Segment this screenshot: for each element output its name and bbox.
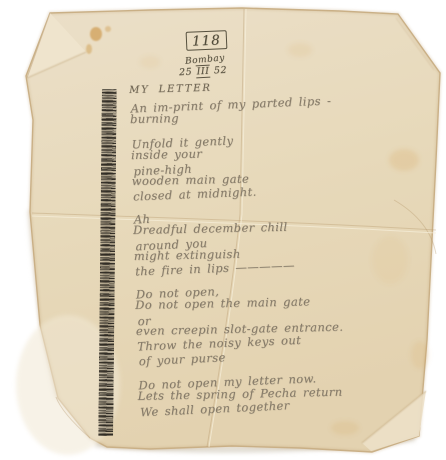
photo-stage: 118 Bombay 25 III 52 MY LETTER An im-pri… xyxy=(0,0,446,460)
stanza-5: Do not open my letter now. Lets the spri… xyxy=(137,370,398,417)
poem: MY LETTER An im-print of my parted lips … xyxy=(129,77,398,418)
stanza-4: Do not open, Do not open the main gate o… xyxy=(135,279,397,365)
date-month: III xyxy=(195,65,210,79)
date-year: 52 xyxy=(214,65,228,77)
stanza-2: Unfold it gently inside your pine-high w… xyxy=(130,129,392,202)
catalog-number: 118 xyxy=(192,32,221,49)
catalog-number-box: 118 xyxy=(186,30,228,51)
date-day: 25 xyxy=(179,67,193,79)
poem-line: burning xyxy=(130,108,390,127)
stanza-1: An im-print of my parted lips - burning xyxy=(129,94,390,128)
stanza-3: Ah Dreadful december chill around you mi… xyxy=(133,204,395,277)
